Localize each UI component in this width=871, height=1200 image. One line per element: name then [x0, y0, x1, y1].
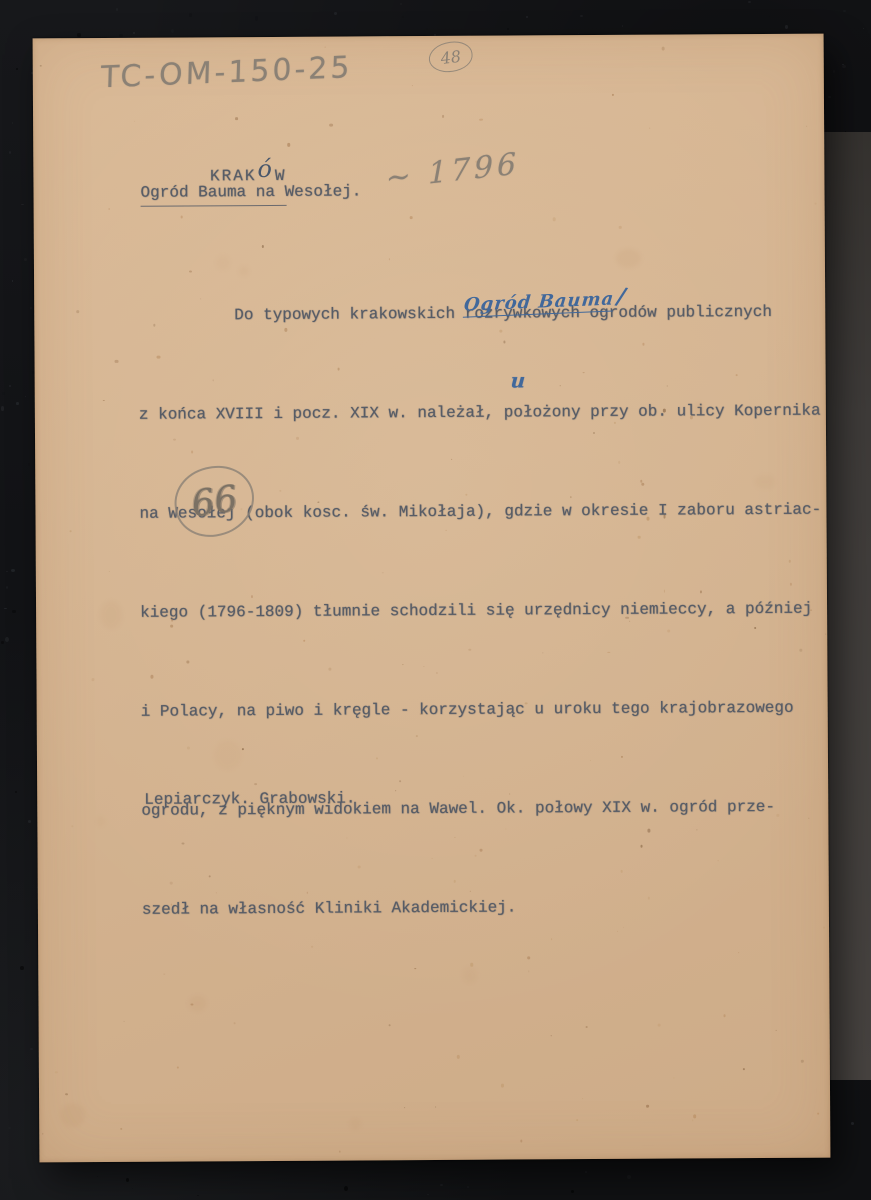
paper-speck [258, 809, 261, 813]
archival-code-handwriting: TC-OM-150-25 [100, 50, 353, 95]
paper-speck [170, 625, 173, 628]
paper-speck [667, 629, 670, 632]
circled-number-48-value: 48 [439, 46, 462, 67]
leather-grain-dot [627, 1175, 631, 1179]
paper-speck [621, 870, 623, 872]
paper-speck [420, 713, 422, 715]
paragraph-line: z końca XVIII i pocz. XIX w. należał, po… [139, 395, 821, 432]
paper-speck [115, 360, 118, 363]
leather-grain-dot [344, 1186, 348, 1191]
paper-speck [693, 1115, 696, 1119]
paper-speck [423, 666, 424, 667]
leather-grain-dot [16, 68, 18, 70]
paper-speck [663, 409, 666, 413]
paper-speck [501, 1084, 504, 1087]
paper-blotch [754, 475, 776, 489]
paper-sheet: TC-OM-150-25 48 KRAKóW Ogród Bauma na We… [33, 34, 831, 1163]
paper-speck [324, 47, 325, 48]
paper-speck [788, 560, 790, 563]
paper-speck [692, 1120, 693, 1122]
paper-speck [649, 128, 650, 129]
scan-stage: TC-OM-150-25 48 KRAKóW Ogród Bauma na We… [0, 0, 871, 1200]
paper-blotch [96, 816, 105, 827]
paper-speck [285, 328, 288, 331]
paper-blotch [189, 996, 207, 1012]
paper-speck [499, 330, 502, 333]
leather-grain-dot [440, 1184, 443, 1186]
paper-speck [743, 1068, 744, 1070]
paper-speck [55, 1071, 58, 1073]
paper-speck [311, 945, 313, 947]
paper-speck [801, 1060, 804, 1063]
paper-speck [120, 1128, 122, 1130]
leather-grain-dot [842, 65, 845, 68]
paper-speck [123, 1021, 124, 1022]
leather-grain-dot [77, 33, 81, 36]
paper-speck [177, 1067, 179, 1069]
sources-line: Lepiarczyk. Grabowski. [144, 789, 355, 808]
paragraph-line: szedł na własność Kliniki Akademickiej. [142, 890, 824, 927]
leather-grain-dot [6, 586, 8, 589]
leather-grain-dot [28, 820, 31, 823]
paper-speck [641, 483, 644, 486]
paper-speck [479, 118, 482, 121]
paper-blotch [616, 248, 641, 267]
leather-grain-dot [24, 258, 27, 261]
paper-speck [817, 1113, 819, 1115]
leather-grain-dot [843, 10, 845, 12]
paper-speck [415, 735, 417, 737]
paper-speck [640, 845, 642, 848]
paper-speck [648, 829, 651, 833]
paper-speck [617, 930, 618, 931]
paper-speck [157, 356, 160, 359]
leather-grain-dot [507, 28, 509, 30]
paper-speck [410, 216, 413, 219]
paper-speck [520, 1139, 522, 1142]
leather-grain-dot [334, 12, 338, 15]
leather-grain-dot [126, 1178, 129, 1182]
paper-speck [415, 968, 416, 969]
leather-grain-dot [851, 1122, 854, 1125]
leather-grain-dot [402, 16, 404, 18]
paper-speck [582, 1098, 583, 1099]
leather-grain-dot [4, 608, 7, 610]
paragraph-line: i Polacy, na piwo i kręgle - korzystając… [141, 692, 823, 729]
paper-speck [723, 1015, 725, 1017]
paper-speck [647, 517, 650, 521]
leather-grain-dot [526, 16, 528, 17]
leather-grain-dot [9, 151, 11, 154]
paper-blotch [100, 601, 123, 629]
paper-speck [658, 1023, 661, 1027]
leather-grain-dot [1, 406, 4, 410]
leather-grain-dot [426, 28, 428, 31]
paper-speck [735, 374, 737, 376]
paper-speck [642, 343, 644, 345]
leather-grain-dot [171, 29, 174, 33]
paper-speck [134, 121, 135, 122]
leather-grain-dot [580, 15, 583, 17]
paper-speck [623, 927, 624, 928]
paper-speck [618, 226, 621, 228]
paper-speck [242, 748, 244, 750]
paper-speck [153, 324, 156, 327]
paper-speck [666, 385, 667, 386]
paper-speck [180, 216, 183, 218]
subtitle: Ogród Bauma na Wesołej. [140, 182, 361, 201]
paper-speck [235, 117, 238, 119]
leather-grain-dot [25, 396, 27, 397]
paper-speck [76, 310, 79, 313]
leather-grain-dot [12, 610, 15, 613]
paper-speck [559, 385, 560, 386]
leather-grain-dot [8, 1127, 11, 1129]
paper-speck [454, 836, 455, 837]
paper-speck [637, 536, 640, 538]
paper-speck [43, 1134, 44, 1135]
paper-speck [451, 459, 452, 460]
leather-grain-dot [748, 1, 751, 4]
leather-grain-dot [400, 3, 402, 5]
leather-grain-dot [119, 34, 123, 37]
paper-speck [664, 590, 666, 592]
paper-speck [399, 780, 401, 782]
leather-grain-dot [467, 1186, 469, 1188]
paper-speck [670, 803, 672, 805]
paper-speck [382, 572, 383, 573]
paper-speck [776, 1030, 777, 1031]
leather-grain-dot [585, 1171, 587, 1173]
paper-speck [170, 882, 173, 884]
paper-speck [593, 432, 594, 434]
leather-grain-dot [9, 385, 11, 387]
paper-speck [109, 571, 111, 573]
paper-speck [412, 85, 413, 86]
paper-speck [551, 1035, 552, 1036]
circled-number-48: 48 [427, 39, 474, 74]
leather-grain-dot [30, 1048, 32, 1050]
paper-speck [505, 829, 506, 830]
paper-speck [815, 203, 817, 205]
leather-grain-dot [189, 13, 192, 17]
paper-speck [65, 1093, 68, 1095]
paper-speck [189, 270, 192, 272]
paper-speck [200, 298, 201, 299]
paper-speck [296, 437, 299, 440]
leather-grain-dot [15, 791, 17, 793]
paper-speck [92, 678, 95, 681]
paper-speck [598, 609, 600, 611]
paper-speck [70, 530, 72, 532]
paragraph-line: kiego (1796-1809) tłumnie schodzili się … [140, 593, 822, 630]
leather-grain-dot [1, 641, 4, 643]
paper-speck [186, 660, 189, 663]
leather-grain-dot [2, 392, 5, 395]
paper-speck [457, 1055, 460, 1059]
leather-grain-dot [5, 637, 9, 642]
paper-speck [690, 416, 693, 420]
paper-blotch [214, 740, 241, 770]
leather-grain-dot [97, 1176, 98, 1177]
leather-grain-dot [863, 28, 864, 29]
leather-grain-dot [833, 70, 835, 72]
circled-number-66-value: 66 [189, 478, 240, 525]
leather-grain-dot [21, 204, 24, 206]
paper-speck [358, 866, 361, 869]
paper-speck [808, 818, 809, 819]
leather-grain-dot [16, 402, 18, 405]
city-heading-inserted-letter: ó [257, 155, 274, 183]
paper-blotch [349, 1118, 362, 1131]
paper-speck [469, 649, 471, 651]
paper-speck [626, 617, 629, 619]
leather-grain-dot [255, 16, 258, 20]
paper-speck [776, 813, 779, 816]
paper-speck [552, 217, 555, 220]
paper-speck [339, 1151, 340, 1152]
paper-speck [470, 963, 473, 966]
paper-speck [191, 450, 194, 453]
paper-speck [234, 1022, 236, 1024]
paper-speck [700, 590, 702, 593]
paper-speck [673, 1077, 675, 1079]
paper-speck [612, 94, 614, 96]
paper-speck [435, 1106, 436, 1108]
paper-speck [40, 65, 42, 66]
approx-date-handwriting: ~ 1796 [386, 146, 520, 196]
letter-correction-handwriting: u [510, 368, 526, 392]
insertion-note-handwriting: Ogród Bauma/ [463, 283, 628, 317]
leather-grain-dot [785, 25, 788, 28]
paper-speck [388, 1024, 390, 1027]
leather-grain-dot [769, 16, 770, 17]
paper-speck [71, 825, 73, 827]
leather-grain-dot [116, 8, 118, 10]
paper-speck [404, 1107, 405, 1108]
leather-grain-dot [828, 96, 831, 98]
paper-speck [442, 115, 445, 117]
paper-speck [173, 438, 176, 440]
paper-speck [480, 849, 483, 851]
paper-speck [212, 380, 213, 381]
paper-speck [171, 619, 173, 622]
paper-speck [621, 756, 623, 758]
leather-grain-dot [571, 1190, 574, 1193]
paper-speck [646, 1105, 649, 1107]
leather-grain-dot [197, 1195, 199, 1197]
leather-grain-dot [427, 1194, 429, 1196]
paper-speck [465, 494, 467, 496]
body-paragraph: Do typowych krakowskich rozrywkowych ogr… [138, 230, 824, 993]
leather-grain-dot [11, 569, 15, 572]
paper-blotch [60, 1103, 85, 1127]
paper-speck [431, 858, 432, 859]
leather-grain-dot [20, 966, 24, 970]
paper-speck [108, 208, 110, 210]
leather-grain-dot [132, 1188, 133, 1189]
leather-grain-dot [30, 307, 32, 309]
paper-speck [103, 400, 105, 402]
paper-speck [288, 143, 291, 146]
paper-speck [790, 583, 792, 586]
paper-speck [662, 47, 665, 51]
paper-speck [474, 855, 476, 857]
paper-speck [576, 1119, 578, 1121]
paper-speck [586, 1026, 588, 1028]
paper-speck [590, 760, 591, 761]
paper-blotch [239, 266, 249, 276]
paper-speck [806, 126, 807, 127]
leather-grain-dot [12, 280, 14, 282]
paper-speck [528, 956, 530, 959]
paper-speck [329, 668, 331, 671]
paper-speck [181, 842, 184, 844]
leather-grain-dot [622, 25, 624, 27]
leather-grain-dot [28, 463, 30, 466]
paper-speck [825, 633, 826, 635]
leather-grain-dot [12, 122, 13, 123]
paper-speck [330, 124, 333, 127]
leather-grain-dot [133, 32, 135, 34]
leather-grain-dot [6, 571, 8, 572]
